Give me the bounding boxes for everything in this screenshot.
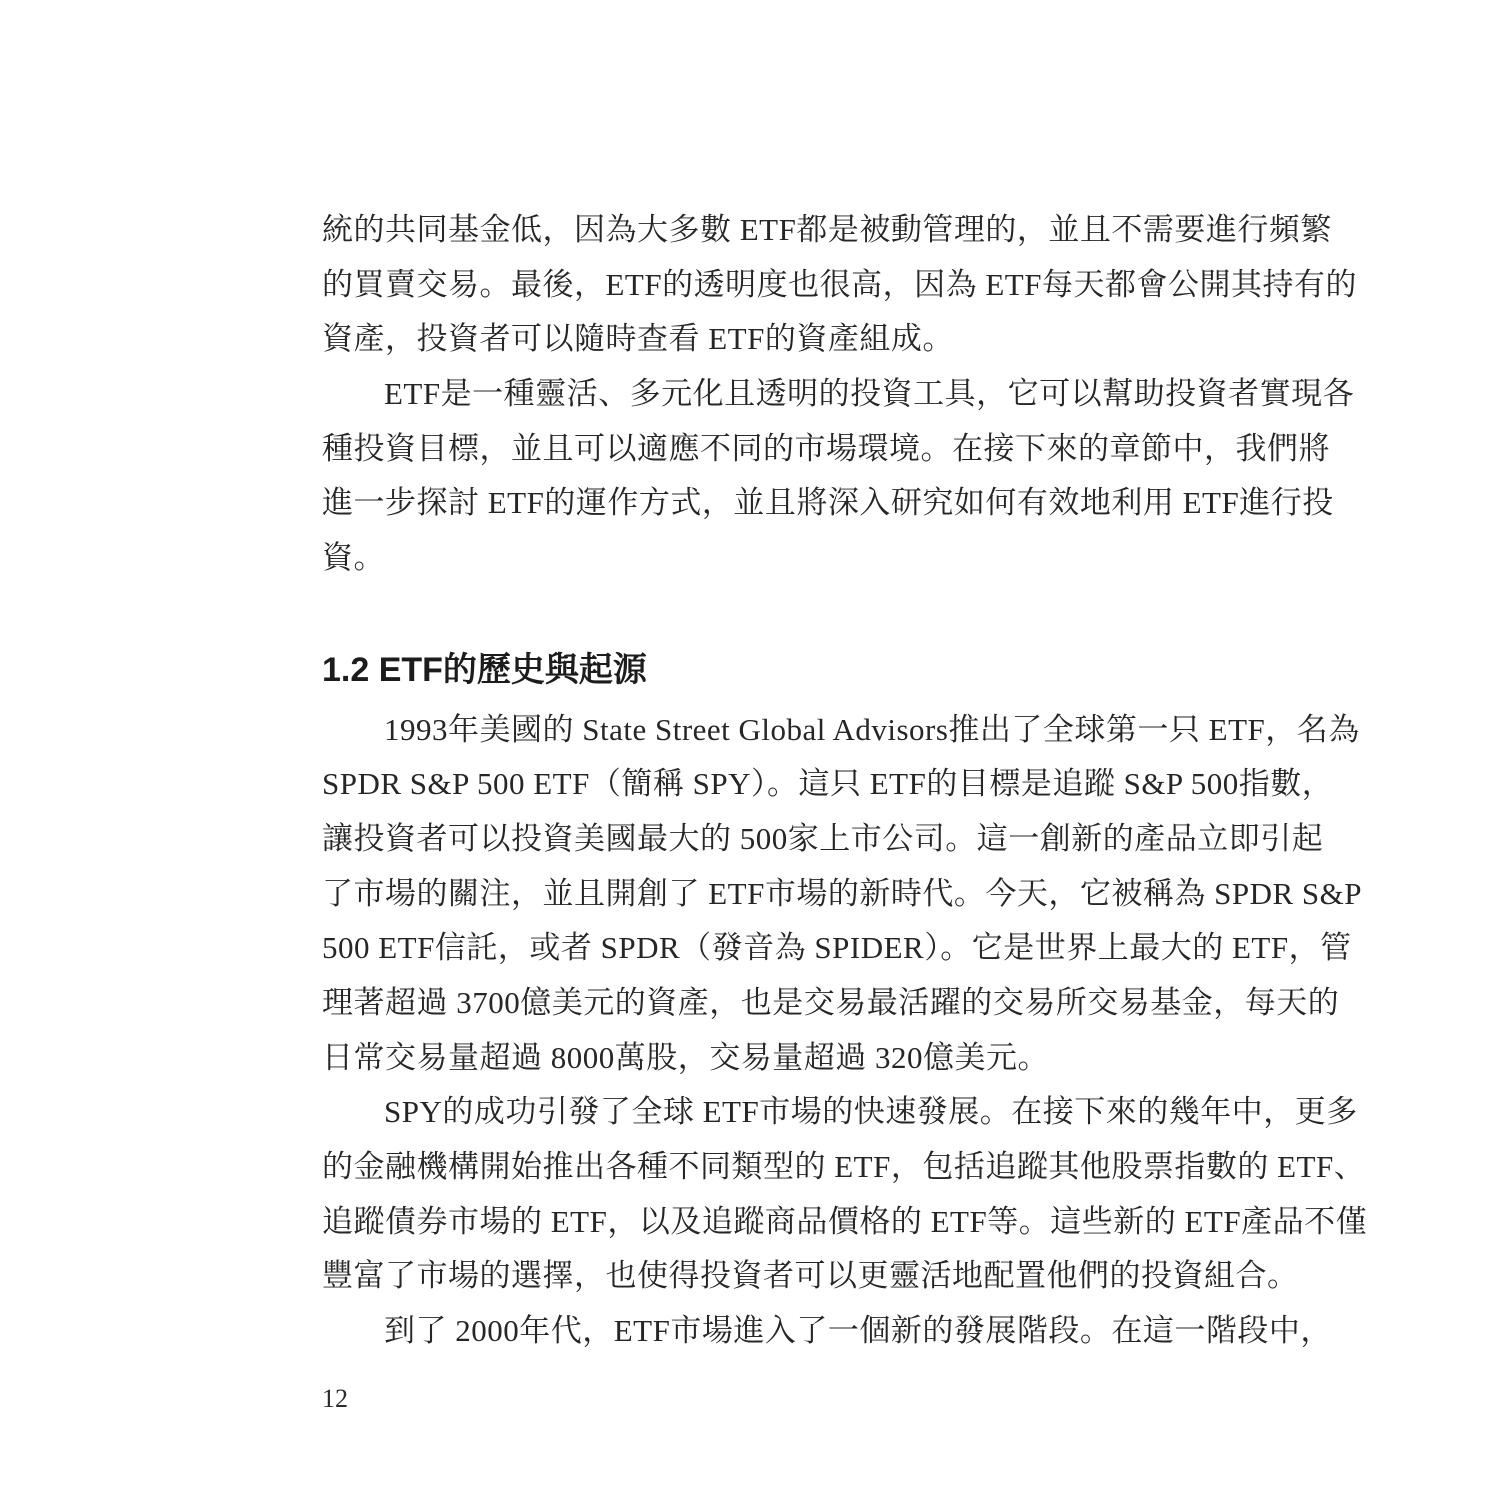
section-heading: 1.2 ETF的歷史與起源 — [322, 643, 1194, 698]
body-line: 的金融機構開始推出各種不同類型的 ETF，包括追蹤其他股票指數的 ETF、 — [322, 1140, 1194, 1195]
body-line: 資產，投資者可以隨時查看 ETF的資產組成。 — [322, 312, 1194, 367]
body-line: 讓投資者可以投資美國最大的 500家上市公司。這一創新的產品立即引起 — [322, 812, 1194, 867]
body-line: 的買賣交易。最後，ETF的透明度也很高，因為 ETF每天都會公開其持有的 — [322, 258, 1194, 313]
body-line: 日常交易量超過 8000萬股，交易量超過 320億美元。 — [322, 1031, 1194, 1086]
body-line: 種投資目標，並且可以適應不同的市場環境。在接下來的章節中，我們將 — [322, 422, 1194, 477]
body-line: 了市場的關注，並且開創了 ETF市場的新時代。今天，它被稱為 SPDR S&P — [322, 867, 1194, 922]
body-line: 豐富了市場的選擇，也使得投資者可以更靈活地配置他們的投資組合。 — [322, 1249, 1194, 1304]
page-number: 12 — [322, 1384, 348, 1414]
body-line: SPY的成功引發了全球 ETF市場的快速發展。在接下來的幾年中，更多 — [322, 1085, 1194, 1140]
body-line: 統的共同基金低，因為大多數 ETF都是被動管理的，並且不需要進行頻繁 — [322, 203, 1194, 258]
body-line: ETF是一種靈活、多元化且透明的投資工具，它可以幫助投資者實現各 — [322, 367, 1194, 422]
body-line: 追蹤債券市場的 ETF，以及追蹤商品價格的 ETF等。這些新的 ETF產品不僅 — [322, 1195, 1194, 1250]
body-line: 1993年美國的 State Street Global Advisors推出了… — [322, 703, 1194, 758]
body-line: 理著超過 3700億美元的資產，也是交易最活躍的交易所交易基金，每天的 — [322, 976, 1194, 1031]
body-line: 進一步探討 ETF的運作方式，並且將深入研究如何有效地利用 ETF進行投 — [322, 476, 1194, 531]
body-line: 500 ETF信託，或者 SPDR（發音為 SPIDER）。它是世界上最大的 E… — [322, 921, 1194, 976]
page-content: 統的共同基金低，因為大多數 ETF都是被動管理的，並且不需要進行頻繁 的買賣交易… — [322, 203, 1194, 1359]
body-line: 資。 — [322, 531, 1194, 586]
body-line: 到了 2000年代，ETF市場進入了一個新的發展階段。在這一階段中， — [322, 1304, 1194, 1359]
document-page: 統的共同基金低，因為大多數 ETF都是被動管理的，並且不需要進行頻繁 的買賣交易… — [0, 0, 1500, 1500]
body-line: SPDR S&P 500 ETF（簡稱 SPY）。這只 ETF的目標是追蹤 S&… — [322, 757, 1194, 812]
